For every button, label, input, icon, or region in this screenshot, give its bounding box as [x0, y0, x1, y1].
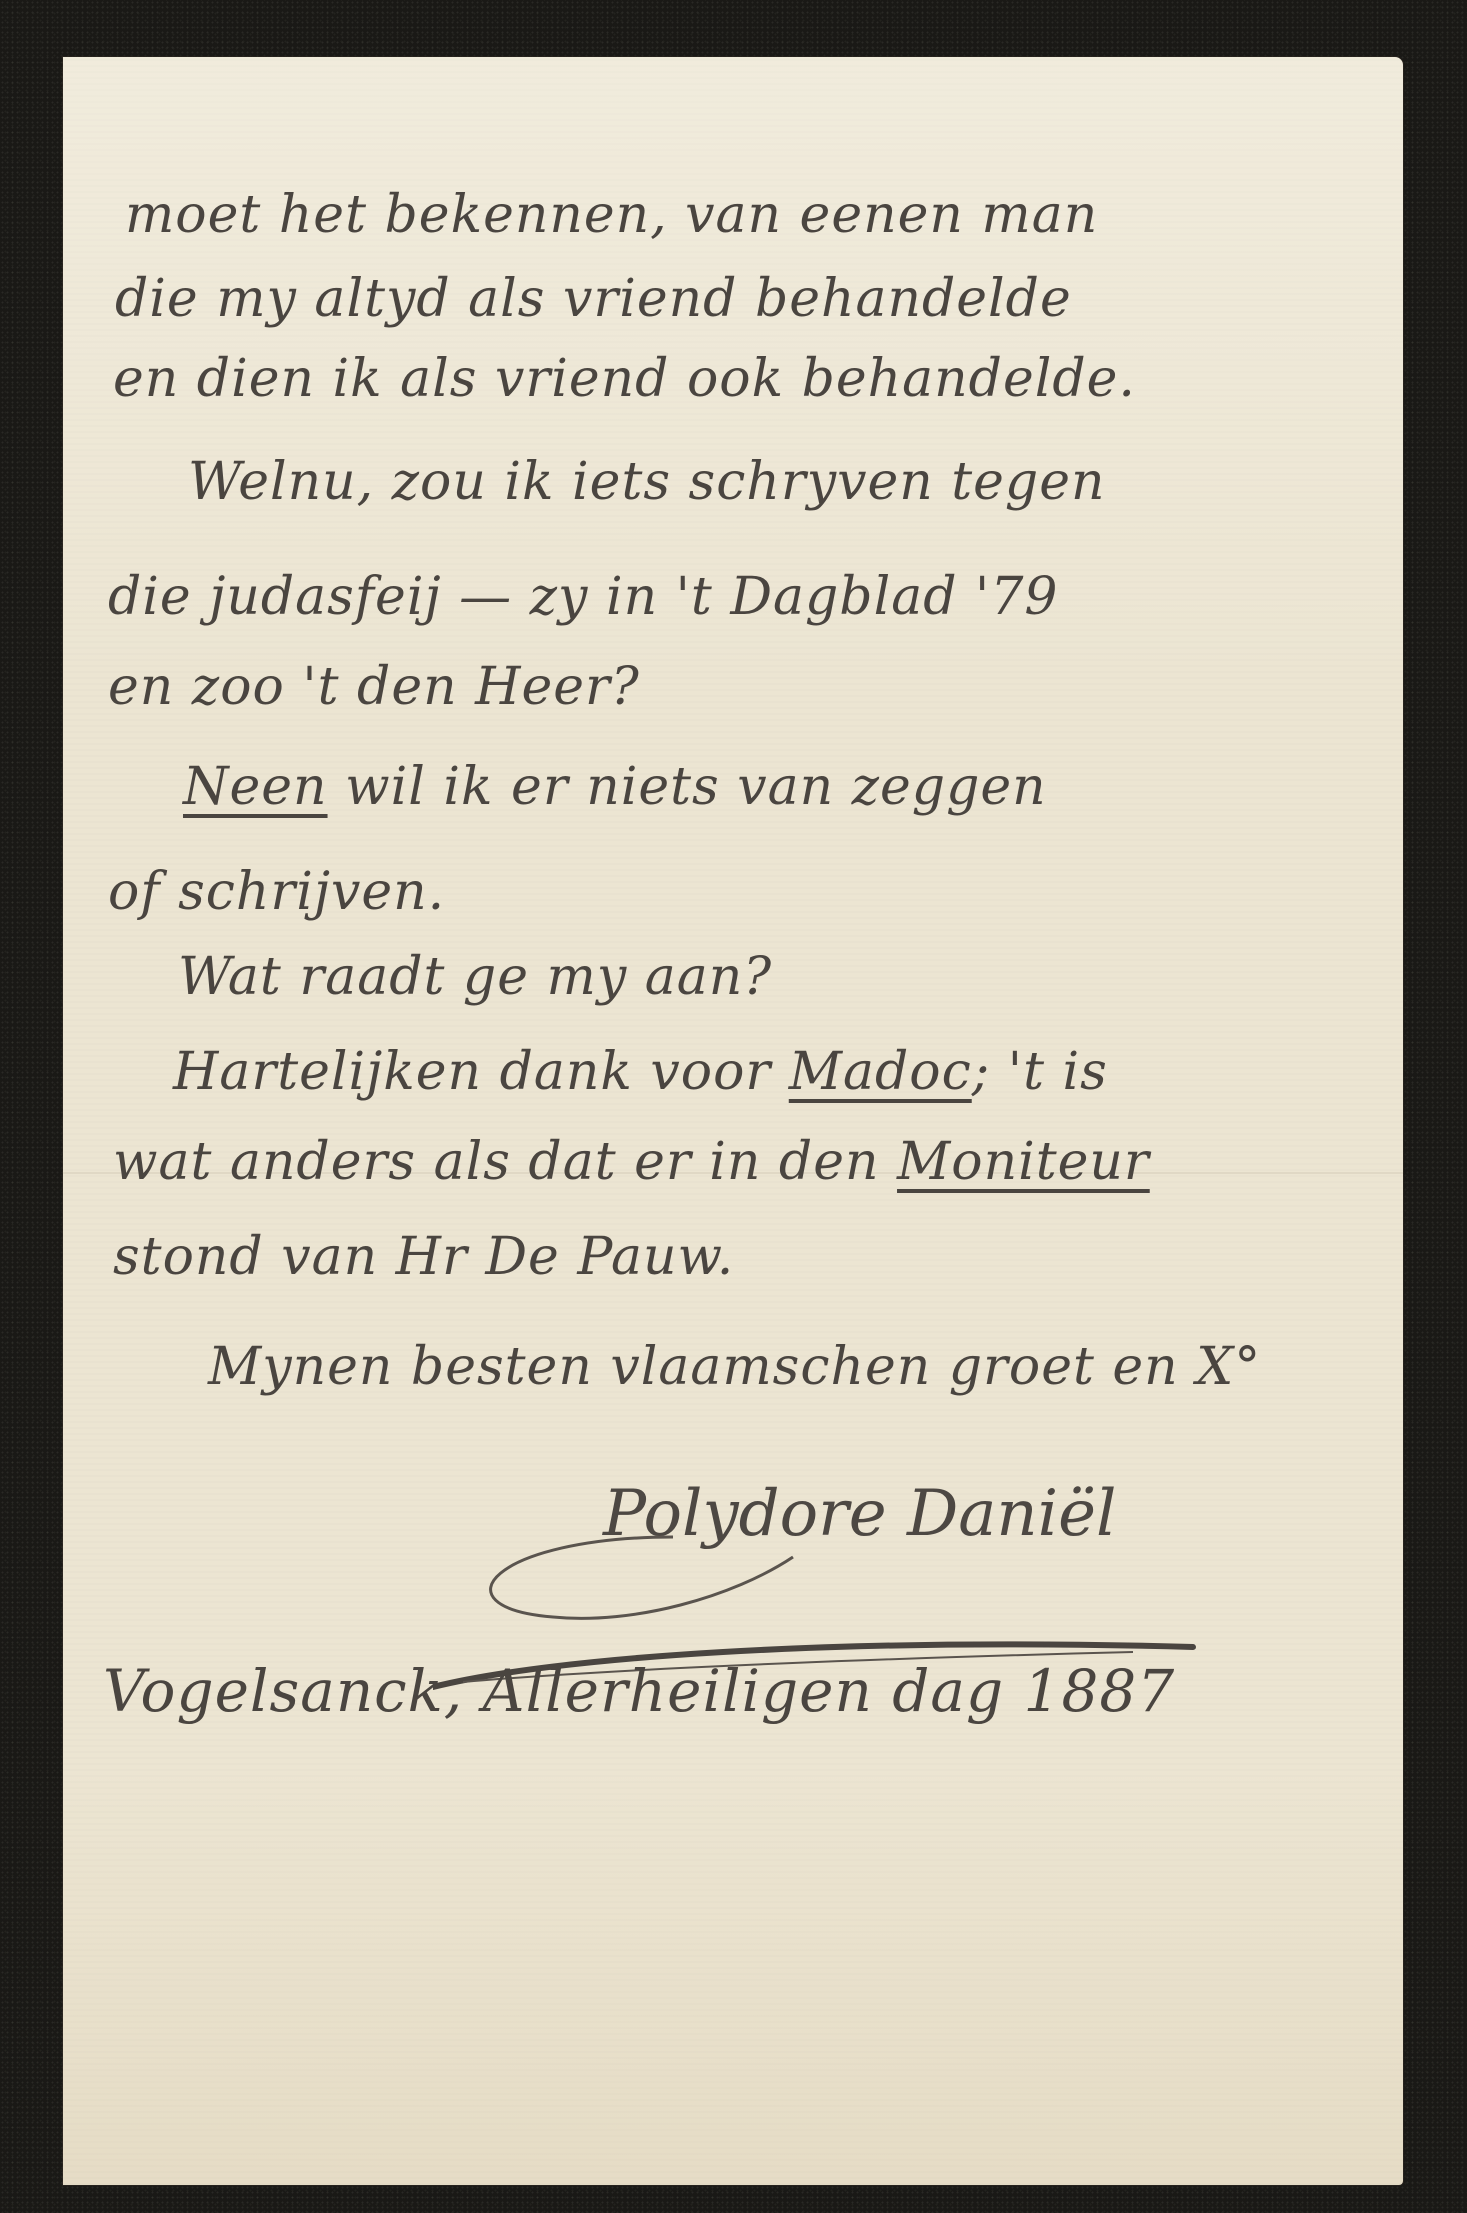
line-11-text: wat anders als dat er in den — [113, 1132, 880, 1192]
signature: Polydore Daniël — [603, 1477, 1116, 1551]
letter-line-8: of schrijven. — [108, 862, 445, 922]
thanks-text: Hartelijken dank voor — [173, 1042, 771, 1102]
underlined-word-neen: Neen — [183, 757, 328, 817]
letter-page: moet het bekennen, van eenen man die my … — [63, 57, 1403, 2185]
letter-line-1: moet het bekennen, van eenen man — [125, 185, 1098, 245]
dateline: Vogelsanck, Allerheiligen dag 1887 — [103, 1657, 1175, 1725]
closing-greeting: Mynen besten vlaamschen groet en X° — [208, 1337, 1261, 1397]
underlined-title-moniteur: Moniteur — [897, 1132, 1150, 1192]
letter-line-11: wat anders als dat er in den Moniteur — [113, 1132, 1150, 1192]
letter-line-7-rest: wil ik er niets van zeggen — [345, 757, 1047, 817]
letter-line-10: Hartelijken dank voor Madoc; 't is — [173, 1042, 1108, 1102]
letter-line-9: Wat raadt ge my aan? — [178, 947, 772, 1007]
letter-line-5: die judasfeij — zy in 't Dagblad '79 — [108, 567, 1059, 627]
letter-line-2: die my altyd als vriend behandelde — [115, 269, 1072, 329]
letter-line-4: Welnu, zou ik iets schryven tegen — [188, 452, 1105, 512]
letter-line-12: stond van Hr De Pauw. — [113, 1227, 734, 1287]
letter-line-7: Neen wil ik er niets van zeggen — [183, 757, 1047, 817]
underlined-title-madoc: Madoc — [789, 1042, 972, 1102]
letter-line-3: en dien ik als vriend ook behandelde. — [113, 349, 1136, 409]
letter-line-6: en zoo 't den Heer? — [108, 657, 640, 717]
thanks-tail: ; 't is — [972, 1042, 1108, 1102]
